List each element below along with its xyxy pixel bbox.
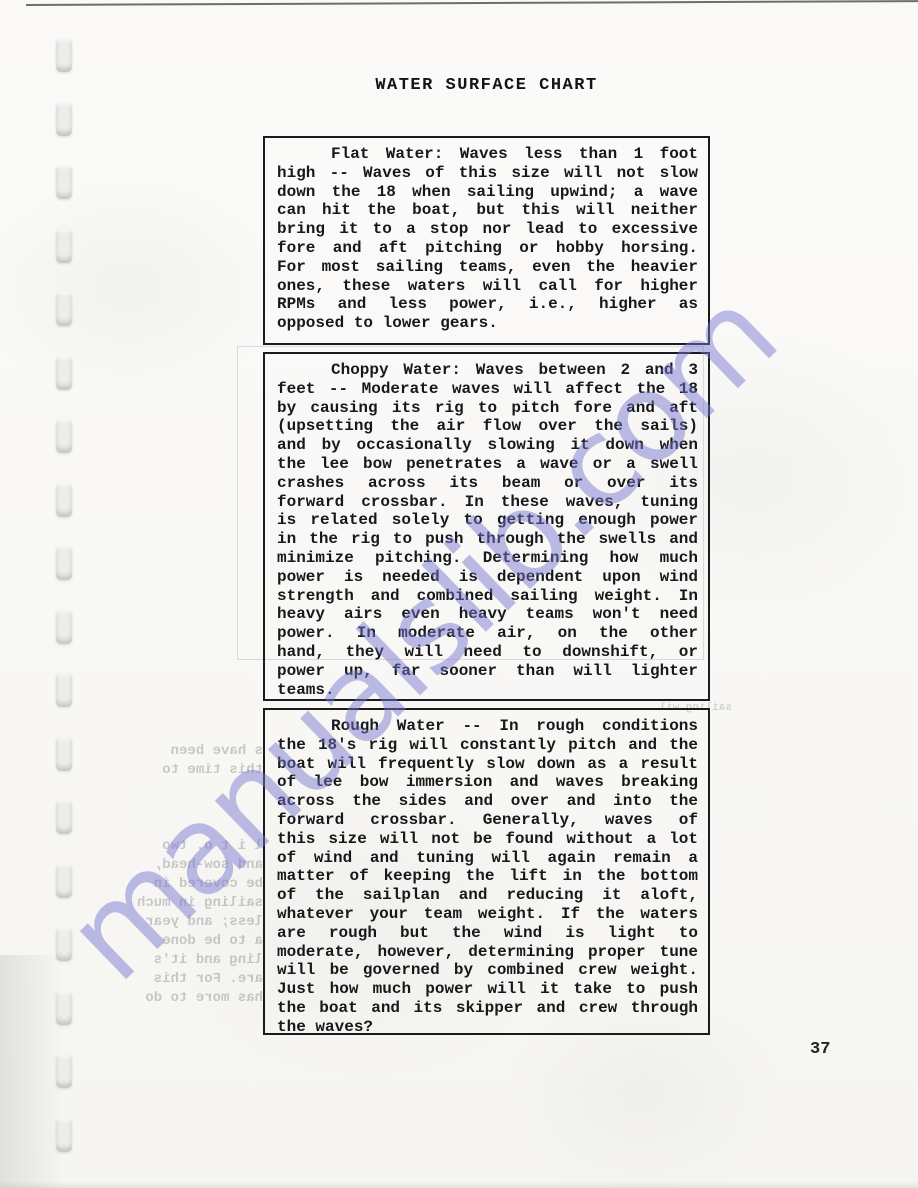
text-line: heavy airs even heavy teams won't need (277, 605, 698, 624)
text-line: strength and combined sailing weight. In (277, 587, 698, 606)
bleedthrough-line: less; and year (92, 913, 263, 932)
binding-hole (56, 991, 72, 1025)
bleedthrough-line: are. For this (92, 970, 263, 989)
binding-hole (56, 356, 72, 390)
bleedthrough-text-left: s have beenthis time to l i t o. twoand … (92, 742, 263, 1014)
text-line: Flat Water: Waves less than 1 foot (277, 145, 698, 164)
text-line: can hit the boat, but this will neither (277, 201, 698, 220)
text-line: Choppy Water: Waves between 2 and 3 (277, 361, 698, 380)
binding-hole (56, 419, 72, 453)
binding-hole (56, 737, 72, 771)
text-line: power. In moderate air, on the other (277, 624, 698, 643)
text-line: bring it to a stop nor lead to excessive (277, 220, 698, 239)
text-line: forward crossbar. Generally, waves of (277, 811, 698, 830)
scan-shadow-bottom (0, 1181, 918, 1188)
binding-hole (56, 1118, 72, 1152)
text-line: Rough Water -- In rough conditions (277, 717, 698, 736)
text-line: of lee bow immersion and waves breaking (277, 773, 698, 792)
bleedthrough-line (92, 799, 263, 818)
binding-hole (56, 292, 72, 326)
text-line: by causing its rig to pitch fore and aft (277, 399, 698, 418)
textbox-choppy-water: Choppy Water: Waves between 2 and 3feet … (263, 352, 710, 701)
text-line: the boat and its skipper and crew throug… (277, 999, 698, 1018)
page-number: 37 (810, 1040, 830, 1059)
text-line: high -- Waves of this size will not slow (277, 164, 698, 183)
text-line: feet -- Moderate waves will affect the 1… (277, 380, 698, 399)
binding-hole (56, 102, 72, 136)
text-line: (upsetting the air flow over the sails) (277, 417, 698, 436)
text-line: power is needed is dependent upon wind (277, 568, 698, 587)
text-line: minimize pitching. Determining how much (277, 549, 698, 568)
text-line: teams. (277, 681, 698, 700)
textbox-flat-water: Flat Water: Waves less than 1 foothigh -… (263, 136, 710, 345)
text-line: is related solely to getting enough powe… (277, 511, 698, 530)
text-line: the lee bow penetrates a wave or a swell (277, 455, 698, 474)
bleedthrough-line (92, 780, 263, 799)
text-line: matter of keeping the lift in the bottom (277, 867, 698, 886)
text-line: fore and aft pitching or hobby horsing. (277, 239, 698, 258)
text-line: boat will frequently slow down as a resu… (277, 755, 698, 774)
text-line: of wind and tuning will again remain a (277, 849, 698, 868)
text-line: the 18's rig will constantly pitch and t… (277, 736, 698, 755)
scanned-page: WATER SURFACE CHART s have beenthis time… (0, 0, 918, 1188)
page-top-edge-line (26, 0, 918, 6)
binding-hole (56, 610, 72, 644)
binding-hole (56, 927, 72, 961)
text-line: are rough but the wind is light to (277, 924, 698, 943)
text-line: this size will not be found without a lo… (277, 830, 698, 849)
text-line: and by occasionally slowing it down when (277, 436, 698, 455)
binding-hole (56, 673, 72, 707)
text-line: down the 18 when sailing upwind; a wave (277, 183, 698, 202)
page-title: WATER SURFACE CHART (263, 76, 710, 95)
bleedthrough-line: ling and it's (92, 951, 263, 970)
text-line: of the sailplan and reducing it aloft, (277, 886, 698, 905)
textbox-rough-water: Rough Water -- In rough conditionsthe 18… (263, 708, 710, 1035)
bleedthrough-line: a to be done (92, 932, 263, 951)
binding-hole (56, 229, 72, 263)
text-line: opposed to lower gears. (277, 314, 698, 333)
binding-hole (56, 165, 72, 199)
bleedthrough-line: this time to (92, 761, 263, 780)
text-line: moderate, however, determining proper tu… (277, 943, 698, 962)
bleedthrough-line: s have been (92, 742, 263, 761)
text-line: power up, far sooner than will lighter (277, 662, 698, 681)
text-line: in the rig to push through the swells an… (277, 530, 698, 549)
text-line: forward crossbar. In these waves, tuning (277, 493, 698, 512)
text-line: hand, they will need to downshift, or (277, 643, 698, 662)
text-line: crashes across its beam or over its (277, 474, 698, 493)
text-line: RPMs and less power, i.e., higher as (277, 295, 698, 314)
text-line: ones, these waters will call for higher (277, 277, 698, 296)
text-line: will be governed by combined crew weight… (277, 961, 698, 980)
bleedthrough-line: l i t o. two (92, 837, 263, 856)
binding-hole (56, 800, 72, 834)
text-line: across the sides and over and into the (277, 792, 698, 811)
binding-hole (56, 864, 72, 898)
scan-shadow-bottom-left (0, 955, 64, 1188)
text-line: For most sailing teams, even the heavier (277, 258, 698, 277)
bleedthrough-line: has more to do (92, 989, 263, 1008)
binding-hole (56, 38, 72, 72)
text-line: the waves? (277, 1018, 698, 1037)
binding-hole (56, 483, 72, 517)
bleedthrough-line: sailing in much (92, 894, 263, 913)
bleedthrough-line: and sow-head, (92, 856, 263, 875)
binding-hole (56, 1054, 72, 1088)
bleedthrough-line: be covered in (92, 875, 263, 894)
binding-hole (56, 546, 72, 580)
text-line: Just how much power will it take to push (277, 980, 698, 999)
text-line: whatever your team weight. If the waters (277, 905, 698, 924)
bleedthrough-line (92, 818, 263, 837)
